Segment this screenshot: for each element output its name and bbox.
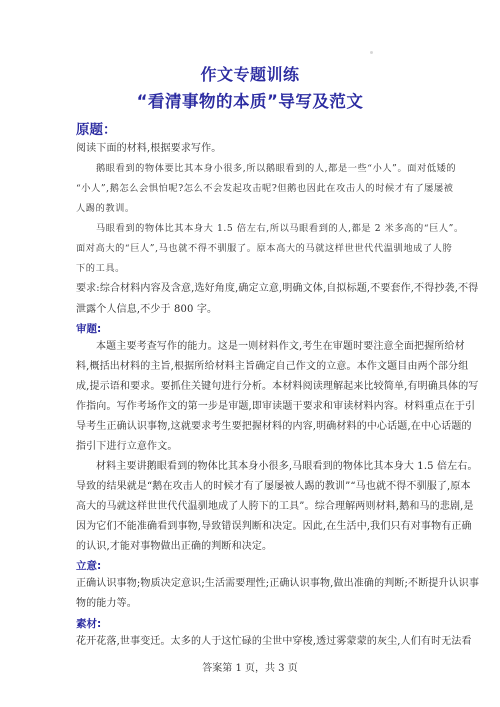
review-para2-line: 高大的马就这样世世代代温驯地成了人胯下的工具”。综合理解两则材料,鹅和马的悲剧,… [76,501,436,513]
material-para2-line: 下的工具。 [76,263,436,275]
review-para1-line: 导考生正确认识事物,这就要求考生要把握材料的内容,明确材料的中心话题,在中心话题… [76,421,436,433]
review-para1-line: 本题主要考查写作的能力。这是一则材料作文,考生在审题时要注意全面把握所给材 [96,341,456,353]
material-para2-line: 马眼看到的物体比其本身大 1.5 倍左右,所以马眼看到的人,都是 2 米多高的“… [96,223,456,235]
review-para1-line: 成,提示语和要求。要抓住关键句进行分析。本材料阅读理解起来比较简单,有明确具体的… [76,381,436,393]
section-heading-material: 素材: [76,616,101,631]
section-heading-review: 审题: [76,321,101,336]
review-para2-line: 的认识,才能对事物做出正确的判断和决定。 [76,541,436,553]
page-footer: 答案第 1 页，共 3 页 [0,659,500,674]
document-title: 作文专题训练 [0,62,500,85]
material-line: 花开花落,世事变迁。太多的人于这忙碌的尘世中穿梭,透过雾蒙蒙的灰尘,人们有时无法… [76,636,436,648]
material-para1-line: “小人”,鹅怎么会惧怕呢?怎么不会发起攻击呢?但鹅也因此在攻击人的时候才有了屡屡… [76,183,436,195]
review-para2-line: 导致的结果就是“鹅在攻击人的时候才有了屡屡被人踢的教训”“马也就不得不驯服了,原… [76,481,436,493]
review-para1-line: 作指向。写作考场作文的第一步是审题,即审读题干要求和审读材料内容。材料重点在于引 [76,401,436,413]
material-para1-line: 鹅眼看到的物体要比其本身小很多,所以鹅眼看到的人,都是一些“小人”。面对低矮的 [96,163,456,175]
review-para1-line: 料,概括出材料的主旨,根据所给材料主旨确定自己作文的立意。本作文题目由两个部分组 [76,361,436,373]
thesis-line: 物的能力等。 [76,598,436,610]
review-para2-line: 材料主要讲鹅眼看到的物体比其本身小很多,马眼看到的物体比其本身大 1.5 倍左右… [96,461,456,473]
review-para2-line: 因为它们不能准确看到事物,导致错误判断和决定。因此,在生活中,我们只有对事物有正… [76,521,436,533]
document-page: 作文专题训练 “看清事物的本质”导写及范文 原题： 阅读下面的材料,根据要求写作… [0,0,500,707]
thesis-line: 正确认识事物;物质决定意识;生活需要理性;正确认识事物,做出准确的判断;不断提升… [76,578,436,590]
material-para2-line: 面对高大的“巨人”,马也就不得不驯服了。原本高大的马就这样世世代代温驯地成了人胯 [76,243,436,255]
document-subtitle: “看清事物的本质”导写及范文 [0,88,500,112]
section-heading-thesis: 立意: [76,558,101,573]
scan-artifact-dot [370,51,373,54]
review-para1-line: 指引下进行立意作文。 [76,441,436,453]
requirement-line: 泄露个人信息,不少于 800 字。 [76,304,436,316]
instruction-line: 阅读下面的材料,根据要求写作。 [76,143,436,155]
section-heading-original: 原题： [76,118,117,138]
material-para1-line: 人踢的教训。 [76,203,436,215]
requirement-line: 要求:综合材料内容及含意,选好角度,确定立意,明确文体,自拟标题,不要套作,不得… [76,283,436,295]
